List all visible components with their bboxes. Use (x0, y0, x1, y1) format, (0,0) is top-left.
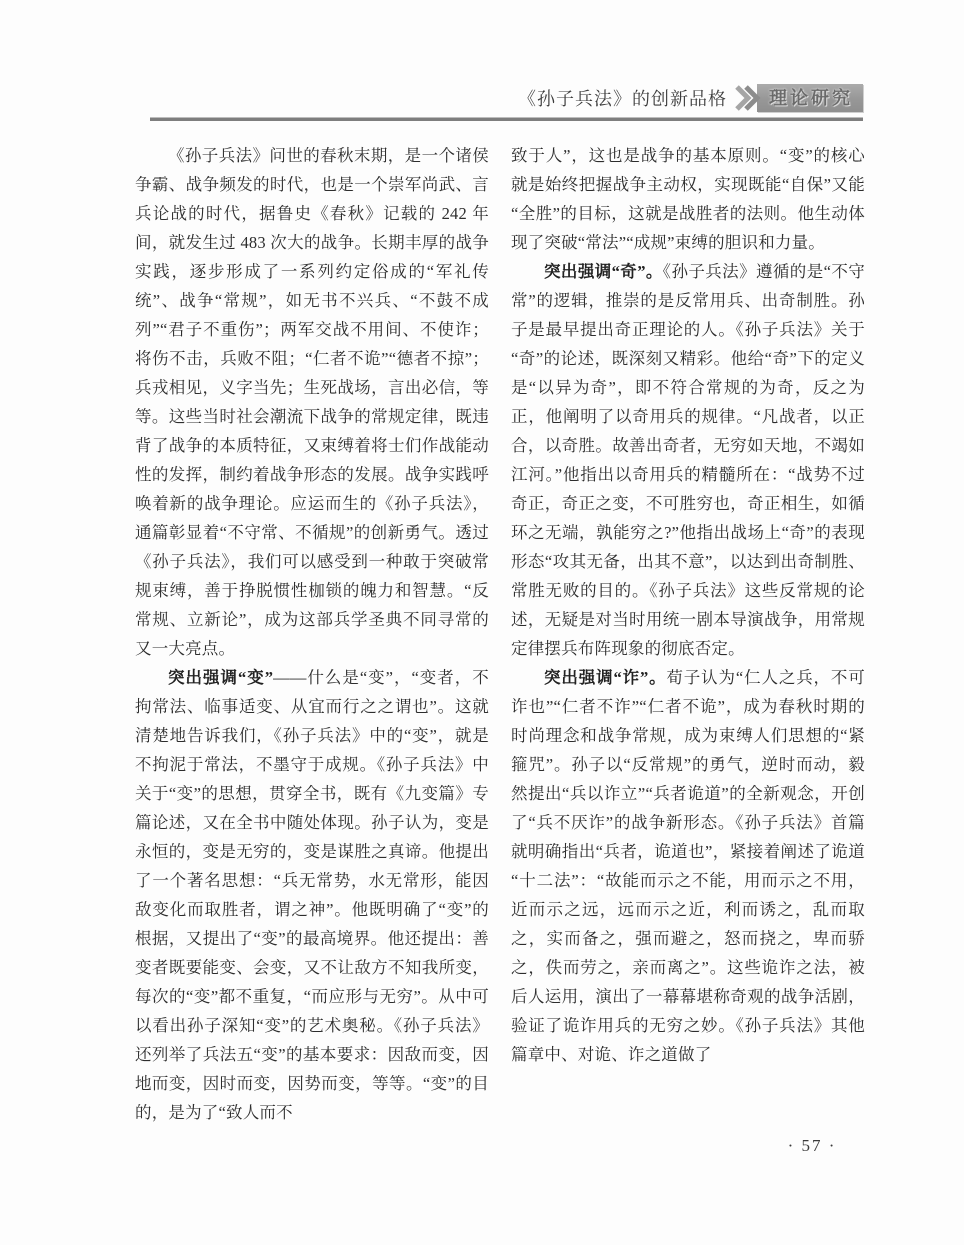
paragraph-lead: 突出强调“诈”。 (544, 668, 666, 687)
paragraph-intro: 《孙子兵法》问世的春秋末期，是一个诸侯争霸、战争频发的时代，也是一个崇军尚武、言… (135, 141, 489, 663)
double-chevron-icon (733, 84, 763, 112)
page-footer: · 57 · (757, 1136, 867, 1156)
running-head-title: 《孙子兵法》的创新品格 (518, 85, 727, 111)
right-column: 致于人”，这也是战争的基本原则。“变”的核心就是始终把握战争主动权，实现既能“自… (511, 141, 865, 1127)
paragraph-text: 致于人”，这也是战争的基本原则。“变”的核心就是始终把握战争主动权，实现既能“自… (511, 146, 865, 252)
paragraph-bian-continued: 致于人”，这也是战争的基本原则。“变”的核心就是始终把握战争主动权，实现既能“自… (511, 141, 865, 257)
left-column: 《孙子兵法》问世的春秋末期，是一个诸侯争霸、战争频发的时代，也是一个崇军尚武、言… (135, 141, 489, 1127)
section-badge: 理论研究 (757, 84, 863, 112)
paragraph-text: 《孙子兵法》遵循的是“不守常”的逻辑，推崇的是反常用兵、出奇制胜。孙子是最早提出… (511, 262, 865, 658)
paragraph-text: ——什么是“变”，“变者，不拘常法、临事适变、从宜而行之之谓也”。这就清楚地告诉… (135, 668, 489, 1122)
header-rule (150, 117, 863, 121)
paragraph-lead: 突出强调“奇”。 (544, 262, 663, 281)
paragraph-lead: 突出强调“变” (168, 668, 273, 687)
paragraph-zha: 突出强调“诈”。荀子认为“仁人之兵，不可诈也”“仁者不诈”“仁者不诡”，成为春秋… (511, 663, 865, 1069)
article-body: 《孙子兵法》问世的春秋末期，是一个诸侯争霸、战争频发的时代，也是一个崇军尚武、言… (135, 141, 865, 1127)
journal-page: 《孙子兵法》的创新品格 理论研究 《孙子兵法》问世的春秋末期，是一个诸侯争霸、战… (0, 0, 964, 1245)
paragraph-qi: 突出强调“奇”。《孙子兵法》遵循的是“不守常”的逻辑，推崇的是反常用兵、出奇制胜… (511, 257, 865, 663)
page-number: · 57 · (788, 1136, 837, 1155)
paragraph-text: 《孙子兵法》问世的春秋末期，是一个诸侯争霸、战争频发的时代，也是一个崇军尚武、言… (135, 146, 489, 658)
paragraph-text: 荀子认为“仁人之兵，不可诈也”“仁者不诈”“仁者不诡”，成为春秋时期的时尚理念和… (511, 668, 865, 1064)
paragraph-bian: 突出强调“变”——什么是“变”，“变者，不拘常法、临事适变、从宜而行之之谓也”。… (135, 663, 489, 1127)
page-header: 《孙子兵法》的创新品格 理论研究 (150, 84, 863, 112)
